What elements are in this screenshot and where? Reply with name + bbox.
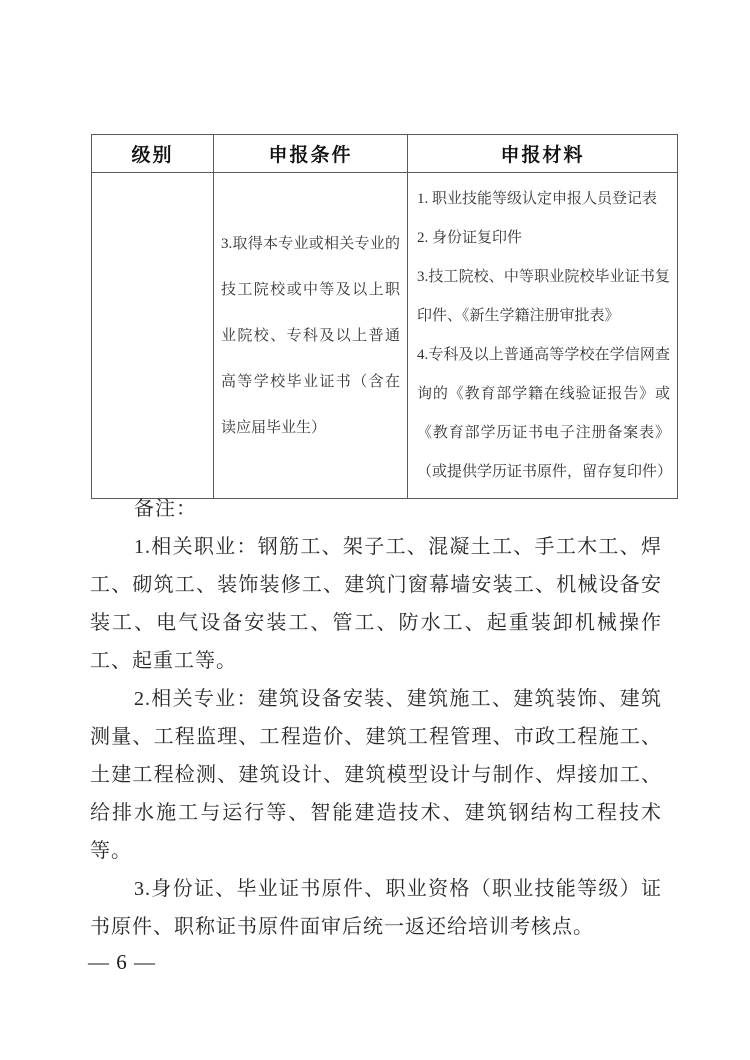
cell-conditions: 3.取得本专业或相关专业的技工院校或中等及以上职业院校、专科及以上普通高等学校毕… [214,173,408,499]
material-item: 2. 身份证复印件 [417,219,670,258]
table-header-row: 级别 申报条件 申报材料 [92,135,678,173]
material-item: 4.专科及以上普通高等学校在学信网查询的《教育部学籍在线验证报告》或《教育部学历… [417,336,670,492]
document-page: 级别 申报条件 申报材料 3.取得本专业或相关专业的技工院校或中等及以上职业院校… [0,0,750,1060]
header-materials: 申报材料 [408,135,678,173]
condition-text: 3.取得本专业或相关专业的技工院校或中等及以上职业院校、专科及以上普通高等学校毕… [221,221,400,451]
notes-title: 备注： [90,490,662,528]
note-item-majors: 2.相关专业：建筑设备安装、建筑施工、建筑装饰、建筑测量、工程监理、工程造价、建… [90,680,662,870]
table-row: 3.取得本专业或相关专业的技工院校或中等及以上职业院校、专科及以上普通高等学校毕… [92,173,678,499]
cell-level [92,173,214,499]
header-level: 级别 [92,135,214,173]
note-item-documents: 3.身份证、毕业证书原件、职业资格（职业技能等级）证书原件、职称证书原件面审后统… [90,870,662,946]
cell-materials: 1. 职业技能等级认定申报人员登记表 2. 身份证复印件 3.技工院校、中等职业… [408,173,678,499]
application-requirements-table: 级别 申报条件 申报材料 3.取得本专业或相关专业的技工院校或中等及以上职业院校… [91,134,678,499]
note-item-occupations: 1.相关职业：钢筋工、架子工、混凝土工、手工木工、焊工、砌筑工、装饰装修工、建筑… [90,528,662,680]
notes-section: 备注： 1.相关职业：钢筋工、架子工、混凝土工、手工木工、焊工、砌筑工、装饰装修… [90,490,662,946]
material-item: 3.技工院校、中等职业院校毕业证书复印件、《新生学籍注册审批表》 [417,258,670,336]
material-item: 1. 职业技能等级认定申报人员登记表 [417,180,670,219]
page-number: — 6 — [88,950,156,975]
header-conditions: 申报条件 [214,135,408,173]
